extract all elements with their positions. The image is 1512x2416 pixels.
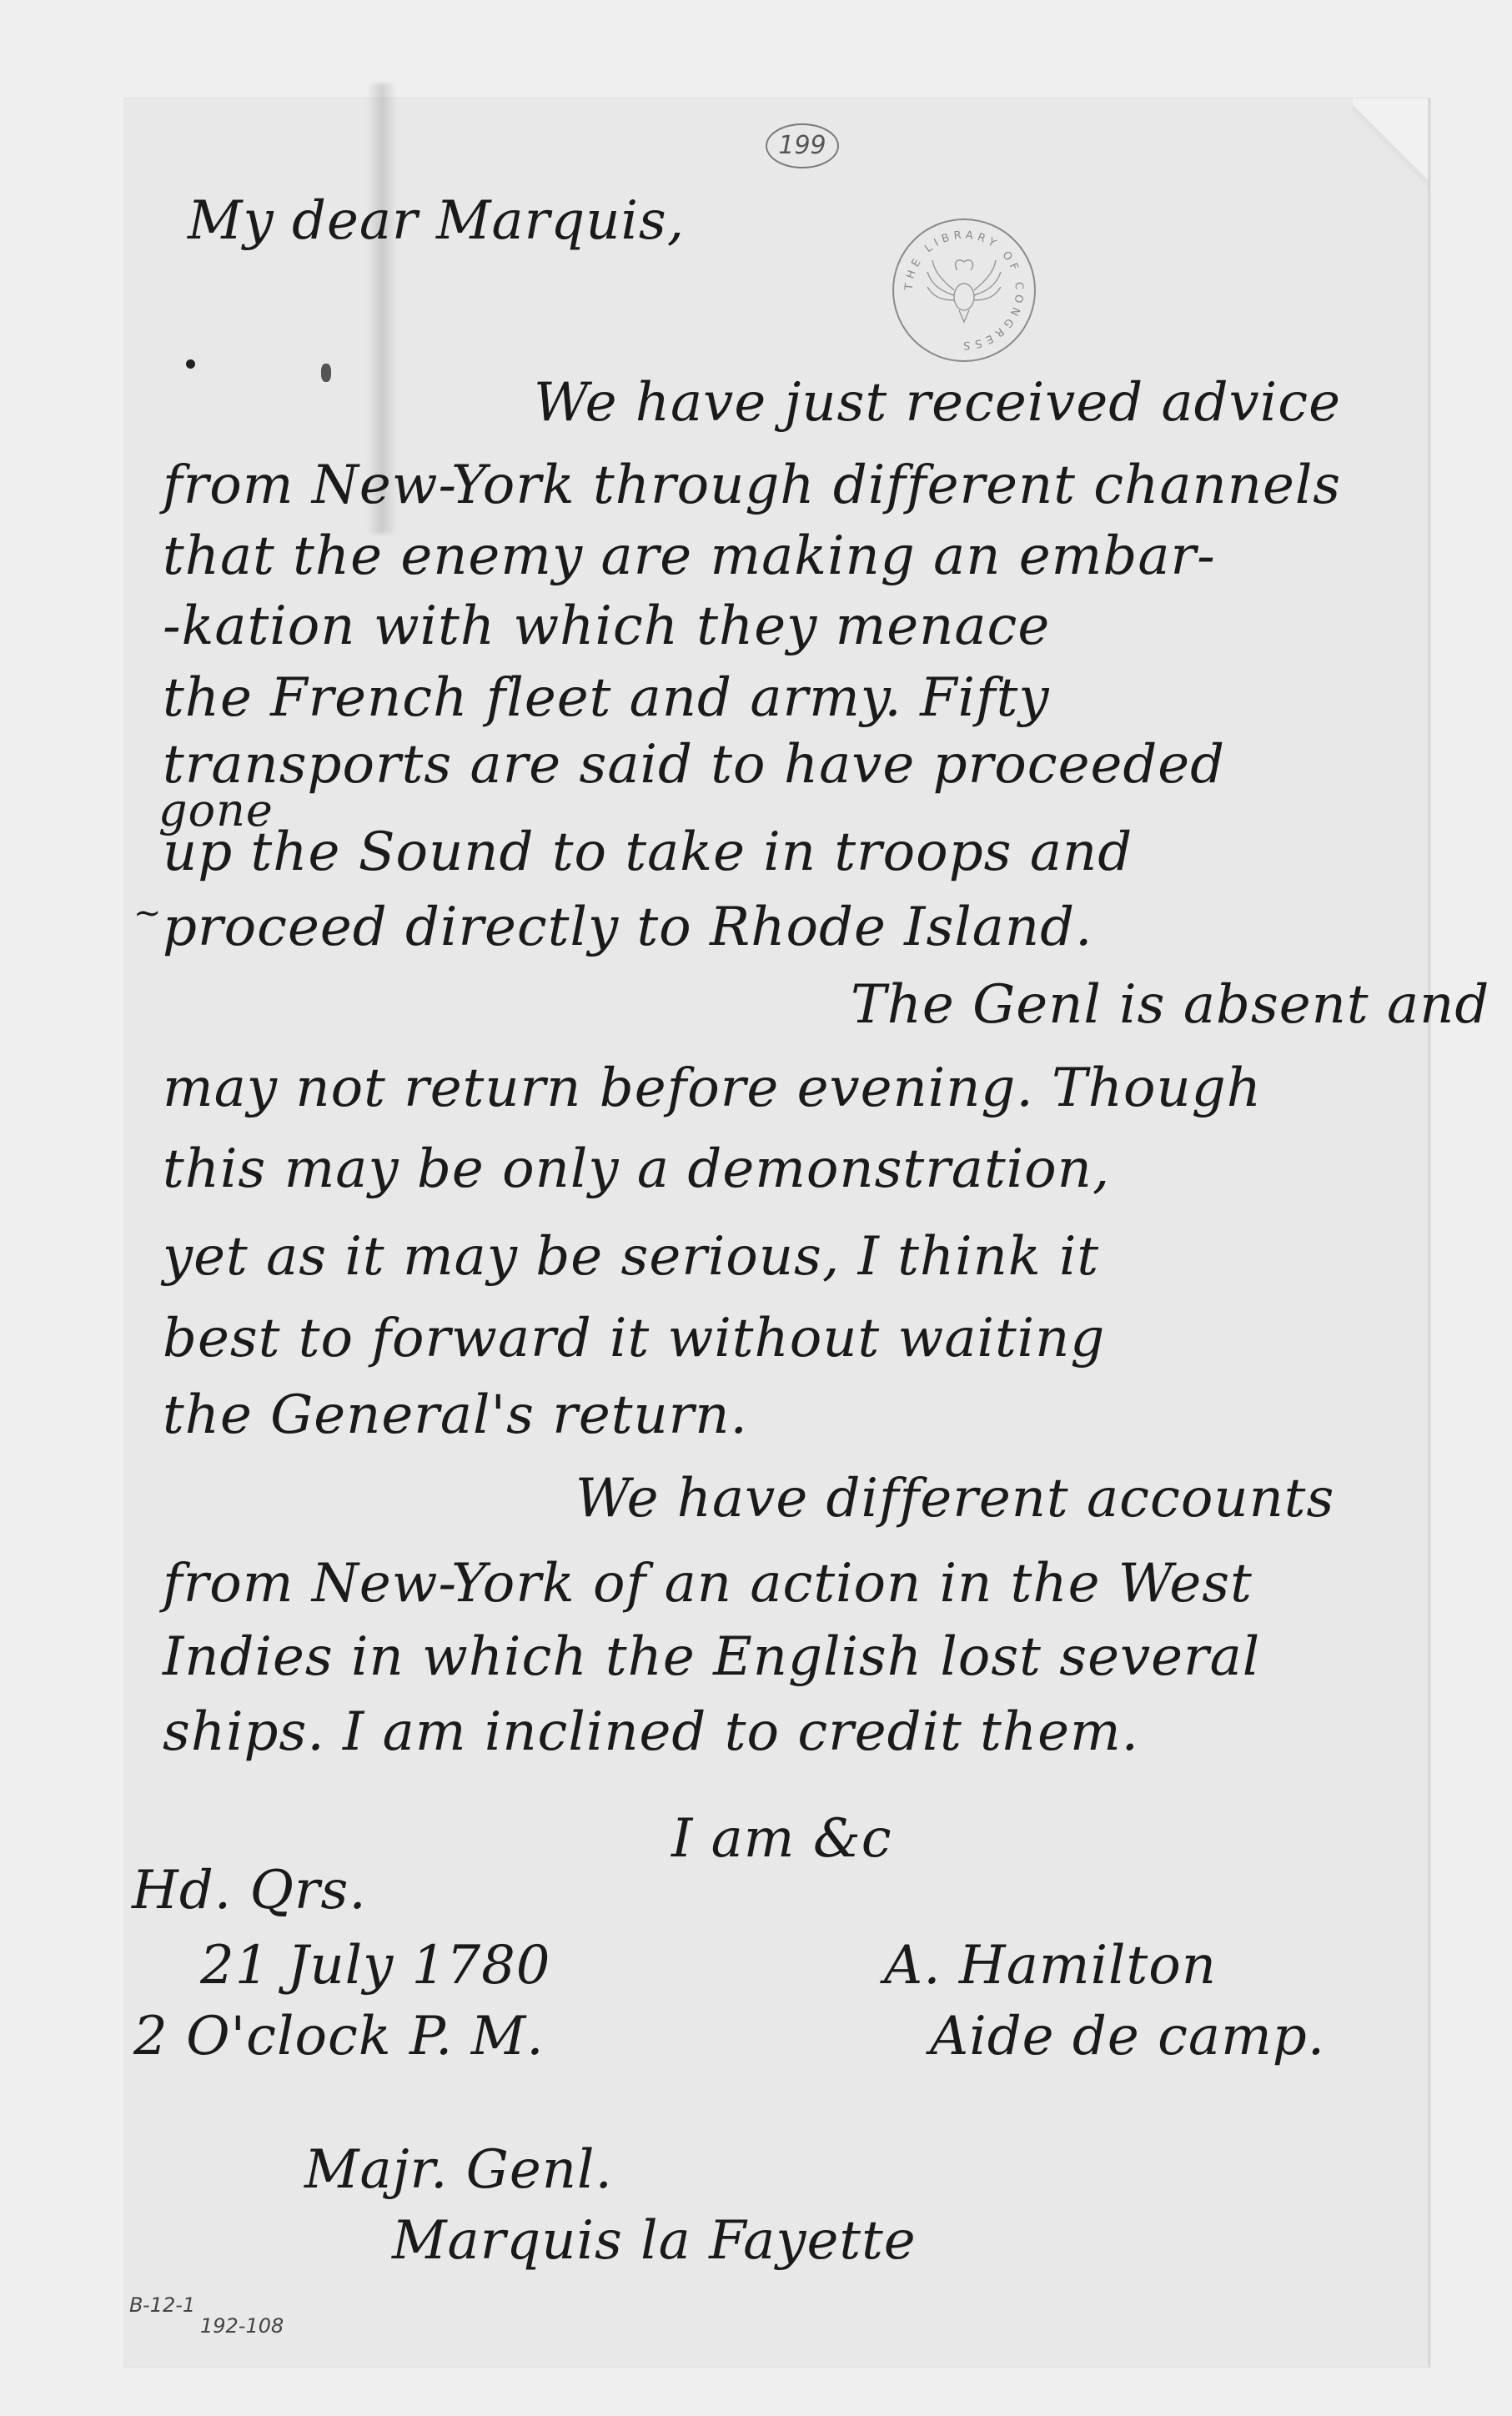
letter-line: the General's return. (163, 1384, 748, 1446)
letter-line: up the Sound to take in troops and (163, 821, 1133, 883)
letter-line: ships. I am inclined to credit them. (163, 1701, 1139, 1763)
letter-line: The Genl is absent and (851, 974, 1489, 1036)
letter-line: may not return before evening. Though (163, 1057, 1262, 1119)
caret-mark: ~ (133, 894, 163, 932)
letter-line: that the enemy are making an embar- (163, 525, 1216, 587)
letter-line: proceed directly to Rhode Island. (163, 897, 1093, 958)
letter-line: from New-York through different channels (163, 455, 1341, 516)
letter-line: We have just received advice (534, 372, 1341, 434)
letter-line: from New-York of an action in the West (163, 1553, 1253, 1615)
dateline-place: Hd. Qrs. (132, 1860, 367, 1921)
letter-line: yet as it may be serious, I think it (163, 1226, 1099, 1288)
catalog-note-line2: 192-108 (200, 2314, 284, 2338)
signature-name: A. Hamilton (884, 1935, 1217, 1997)
folio-number: 199 (766, 123, 839, 168)
addressee-name: Marquis la Fayette (392, 2210, 917, 2272)
dateline-time: 2 O'clock P. M. (133, 2006, 545, 2067)
letter-line: the French fleet and army. Fifty (163, 667, 1050, 729)
addressee-rank: Majr. Genl. (304, 2139, 613, 2201)
catalog-note-line1: B-12-1 (129, 2293, 195, 2317)
letter-line: this may be only a demonstration, (163, 1138, 1110, 1200)
letter-line: Indies in which the English lost several (163, 1626, 1260, 1688)
ink-blot (186, 359, 195, 369)
signature-title: Aide de camp. (930, 2006, 1325, 2067)
salutation: My dear Marquis, (188, 190, 685, 252)
letter-line: best to forward it without waiting (163, 1308, 1105, 1369)
letter-line: We have different accounts (575, 1468, 1334, 1529)
svg-text:THE LIBRARY OF CONGRESS: THE LIBRARY OF CONGRESS (903, 229, 1026, 351)
dateline-date: 21 July 1780 (200, 1935, 551, 1997)
library-of-congress-stamp: THE LIBRARY OF CONGRESS (892, 218, 1036, 362)
letter-line: -kation with which they menace (163, 595, 1050, 657)
ink-smudge (321, 364, 331, 382)
letter-line: transports are said to have proceeded (163, 734, 1225, 796)
closing: I am &c (671, 1808, 892, 1870)
eagle-seal-icon: THE LIBRARY OF CONGRESS (894, 220, 1034, 360)
